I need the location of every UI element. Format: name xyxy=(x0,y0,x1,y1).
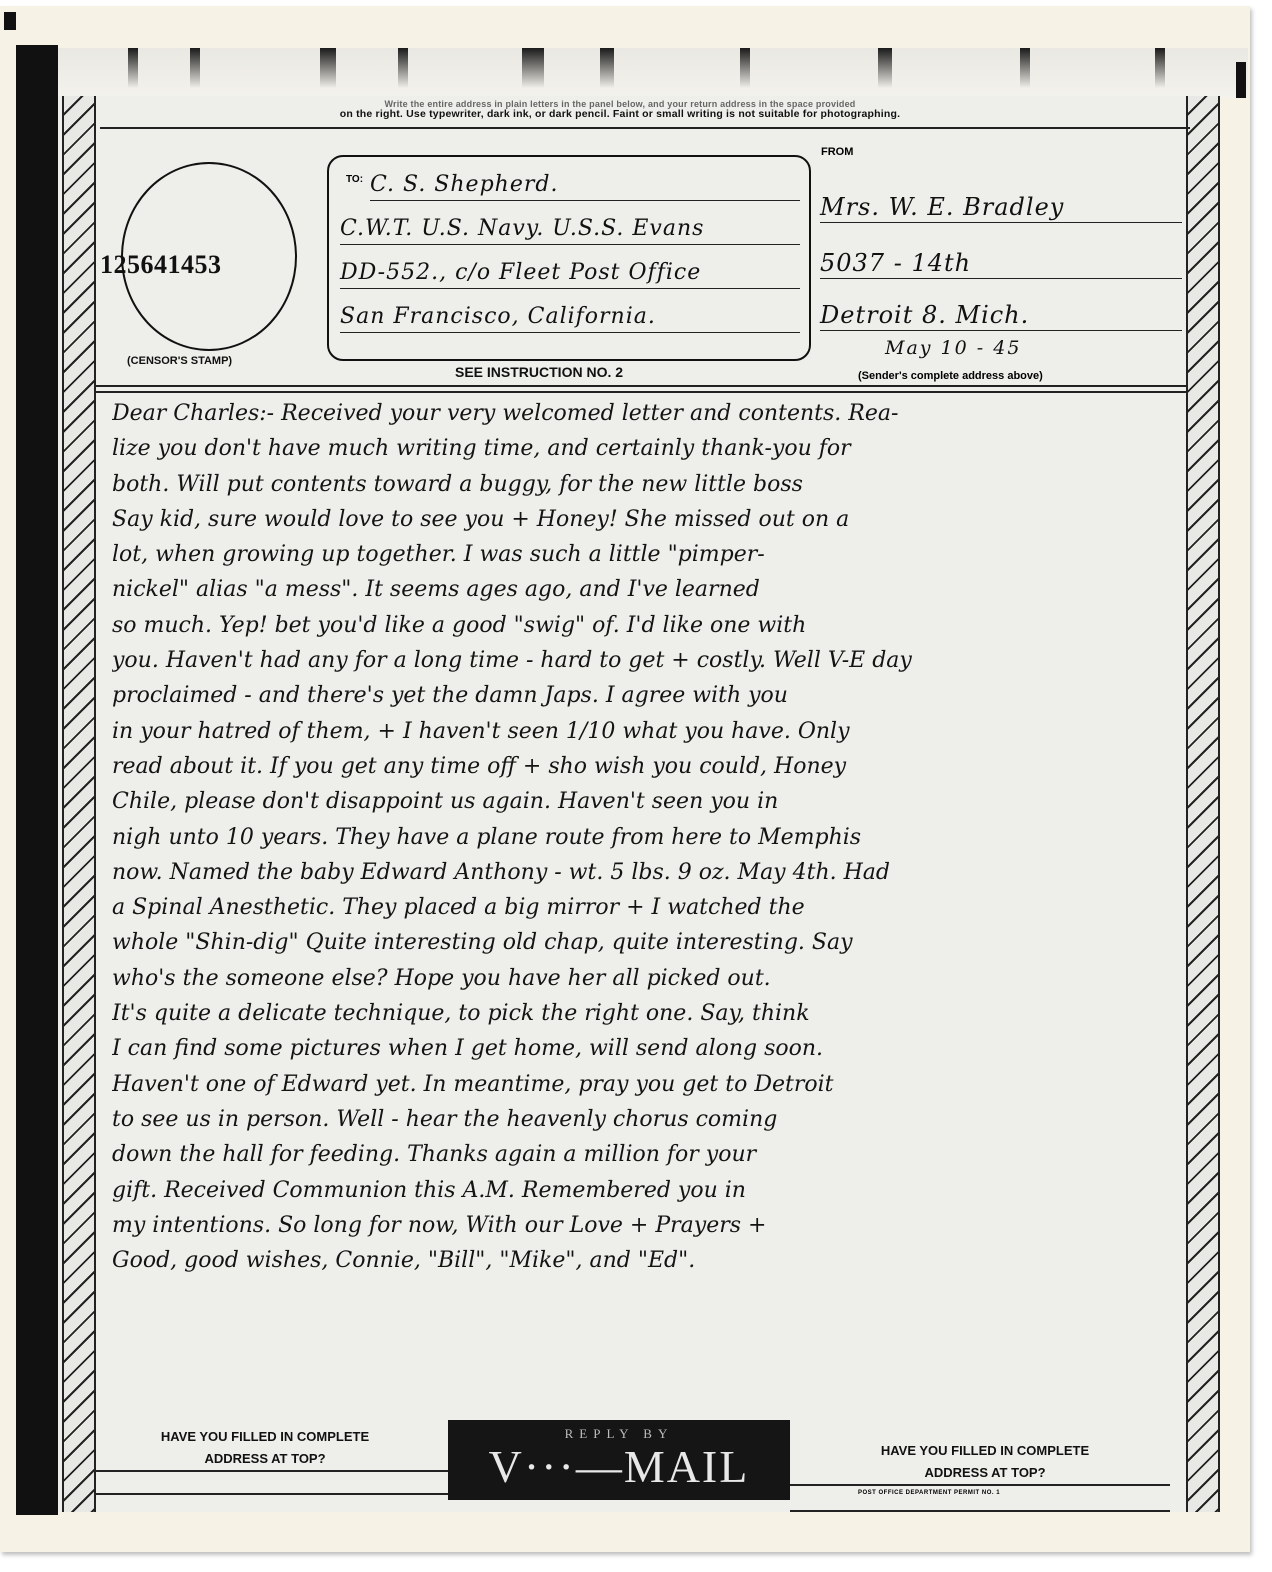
instructions-line-2: on the right. Use typewriter, dark ink, … xyxy=(340,108,901,120)
recipient-line-2: C.W.T. U.S. Navy. U.S.S. Evans xyxy=(340,214,800,245)
footer-question-left: HAVE YOU FILLED IN COMPLETE ADDRESS AT T… xyxy=(110,1426,420,1470)
sender-line-1: Mrs. W. E. Bradley xyxy=(820,192,1182,223)
letter-line: It's quite a delicate technique, to pick… xyxy=(112,996,1172,1031)
reply-by-label: REPLY BY xyxy=(448,1420,790,1442)
footer-question-left-line-2: ADDRESS AT TOP? xyxy=(110,1448,420,1470)
footer-question-right: HAVE YOU FILLED IN COMPLETE ADDRESS AT T… xyxy=(820,1440,1150,1484)
divider xyxy=(100,127,1190,129)
hatched-margin-left xyxy=(62,96,96,1512)
letter-line: Good, good wishes, Connie, "Bill", "Mike… xyxy=(112,1243,1172,1278)
letter-line: a Spinal Anesthetic. They placed a big m… xyxy=(112,890,1172,925)
letter-line: Haven't one of Edward yet. In meantime, … xyxy=(112,1067,1172,1102)
form-instructions: Write the entire address in plain letter… xyxy=(160,100,1080,120)
footer-question-right-line-1: HAVE YOU FILLED IN COMPLETE xyxy=(820,1440,1150,1462)
censor-stamp-label: (CENSOR'S STAMP) xyxy=(127,355,232,367)
letter-line: lot, when growing up together. I was suc… xyxy=(112,537,1172,572)
sender-line-3: Detroit 8. Mich. xyxy=(820,300,1182,331)
letter-line: to see us in person. Well - hear the hea… xyxy=(112,1102,1172,1137)
letter-line: I can find some pictures when I get home… xyxy=(112,1031,1172,1066)
divider xyxy=(94,385,1186,387)
permit-text: POST OFFICE DEPARTMENT PERMIT NO. 1 xyxy=(858,1490,1000,1496)
letter-line: nickel" alias "a mess". It seems ages ag… xyxy=(112,572,1172,607)
sender-address-note: (Sender's complete address above) xyxy=(858,370,1043,382)
letter-line: Dear Charles:- Received your very welcom… xyxy=(112,396,1172,431)
letter-line: gift. Received Communion this A.M. Remem… xyxy=(112,1173,1172,1208)
to-label: TO: xyxy=(346,174,363,185)
hatched-margin-right xyxy=(1186,96,1220,1512)
recipient-line-3: DD-552., c/o Fleet Post Office xyxy=(340,258,800,289)
letter-body: Dear Charles:- Received your very welcom… xyxy=(112,396,1172,1278)
letter-line: read about it. If you get any time off +… xyxy=(112,749,1172,784)
letter-line: now. Named the baby Edward Anthony - wt.… xyxy=(112,855,1172,890)
letter-line: down the hall for feeding. Thanks again … xyxy=(112,1137,1172,1172)
instructions-line-1: Write the entire address in plain letter… xyxy=(160,100,1080,108)
letter-line: my intentions. So long for now, With our… xyxy=(112,1208,1172,1243)
letter-line: both. Will put contents toward a buggy, … xyxy=(112,467,1172,502)
film-registration-mark xyxy=(4,12,16,30)
letter-line: lize you don't have much writing time, a… xyxy=(112,431,1172,466)
film-header-strip xyxy=(20,48,1248,98)
sender-line-2: 5037 - 14th xyxy=(820,248,1182,279)
letter-line: Say kid, sure would love to see you + Ho… xyxy=(112,502,1172,537)
recipient-line-4: San Francisco, California. xyxy=(340,302,800,333)
letter-line: whole "Shin-dig" Quite interesting old c… xyxy=(112,925,1172,960)
divider xyxy=(94,1470,448,1472)
vmail-logo: REPLY BY V···—MAIL xyxy=(448,1420,790,1500)
divider xyxy=(94,1493,448,1495)
vmail-wordmark: V···—MAIL xyxy=(448,1442,790,1492)
footer-question-right-line-2: ADDRESS AT TOP? xyxy=(820,1462,1150,1484)
censor-number: 125641453 xyxy=(100,250,222,280)
film-registration-mark-right xyxy=(1236,62,1246,98)
see-instruction-label: SEE INSTRUCTION NO. 2 xyxy=(455,364,623,380)
letter-line: in your hatred of them, + I haven't seen… xyxy=(112,714,1172,749)
film-edge-bar xyxy=(16,45,58,1515)
letter-line: nigh unto 10 years. They have a plane ro… xyxy=(112,820,1172,855)
divider xyxy=(790,1510,1170,1512)
letter-line: proclaimed - and there's yet the damn Ja… xyxy=(112,678,1172,713)
divider xyxy=(94,391,1186,393)
letter-line: Chile, please don't disappoint us again.… xyxy=(112,784,1172,819)
letter-line: who's the someone else? Hope you have he… xyxy=(112,961,1172,996)
footer-question-left-line-1: HAVE YOU FILLED IN COMPLETE xyxy=(110,1426,420,1448)
letter-date: May 10 - 45 xyxy=(885,337,1021,359)
letter-line: you. Haven't had any for a long time - h… xyxy=(112,643,1172,678)
recipient-line-1: C. S. Shepherd. xyxy=(370,170,800,201)
letter-line: so much. Yep! bet you'd like a good "swi… xyxy=(112,608,1172,643)
from-label: FROM xyxy=(821,146,853,158)
divider xyxy=(790,1484,1170,1486)
